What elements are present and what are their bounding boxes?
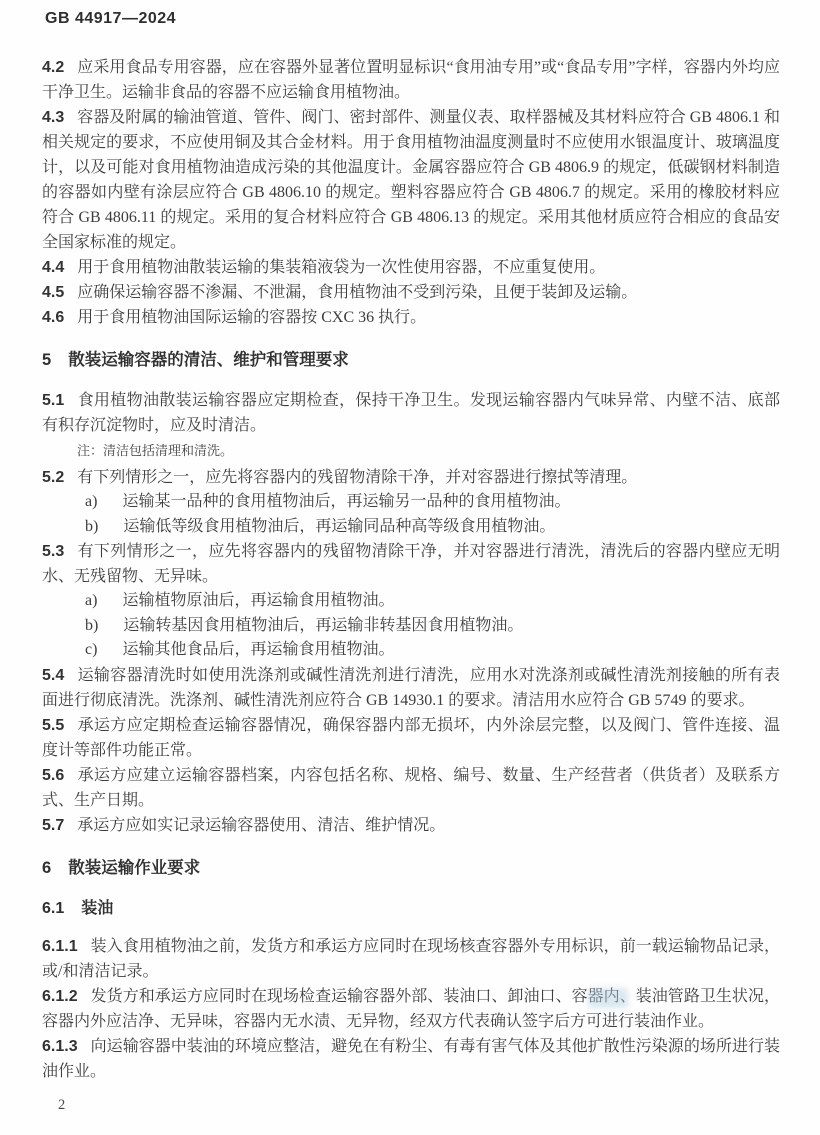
- clause-5.1: 5.1食用植物油散装运输容器应定期检查，保持干净卫生。发现运输容器内气味异常、内…: [42, 388, 780, 438]
- clause-text: 有下列情形之一，应先将容器内的残留物清除干净，并对容器进行擦拭等清理。: [77, 469, 637, 486]
- clause-4.3: 4.3容器及附属的输油管道、管件、阀门、密封部件、测量仪表、取样器械及其材料应符…: [42, 105, 780, 255]
- scan-artifact-smudge: [588, 988, 628, 1008]
- clause-text: 食用植物油散装运输容器应定期检查，保持干净卫生。发现运输容器内气味异常、内壁不洁…: [42, 392, 780, 434]
- list-item-text: 运输低等级食用植物油后，再运输同品种高等级食用植物油。: [123, 518, 555, 535]
- clause-number: 6.1.2: [42, 988, 78, 1005]
- page-number: 2: [58, 1097, 65, 1114]
- list-item-label: a): [85, 592, 97, 609]
- clause-number: 5.2: [42, 469, 64, 486]
- list-item-text: 运输其他食品后，再运输食用植物油。: [122, 641, 394, 658]
- clause-text: 用于食用植物油国际运输的容器按 CXC 36 执行。: [77, 309, 426, 326]
- list-item-b: b)运输转基因食用植物油后，再运输非转基因食用植物油。: [42, 614, 780, 639]
- clause-6.1.3: 6.1.3向运输容器中装油的环境应整洁，避免在有粉尘、有毒有害气体及其他扩散性污…: [42, 1034, 780, 1084]
- clause-number: 6.1.3: [42, 1038, 78, 1055]
- list-item-label: b): [85, 617, 98, 634]
- clause-text: 应确保运输容器不渗漏、不泄漏，食用植物油不受到污染，且便于装卸及运输。: [77, 284, 637, 301]
- list-item-a: a)运输某一品种的食用植物油后，再运输另一品种的食用植物油。: [42, 490, 780, 515]
- section-heading-6: 6散装运输作业要求: [42, 856, 780, 881]
- clause-4.5: 4.5应确保运输容器不渗漏、不泄漏，食用植物油不受到污染，且便于装卸及运输。: [42, 280, 780, 305]
- clause-number: 4.2: [42, 59, 64, 76]
- clause-text: 应采用食品专用容器，应在容器外显著位置明显标识“食用油专用”或“食品专用”字样，…: [42, 59, 780, 101]
- list-item-c: c)运输其他食品后，再运输食用植物油。: [42, 638, 780, 663]
- clause-number: 4.5: [42, 284, 64, 301]
- document-content: 4.2应采用食品专用容器，应在容器外显著位置明显标识“食用油专用”或“食品专用”…: [42, 55, 780, 1084]
- clause-text: 向运输容器中装油的环境应整洁，避免在有粉尘、有毒有害气体及其他扩散性污染源的场所…: [42, 1038, 780, 1080]
- clause-text: 有下列情形之一，应先将容器内的残留物清除干净，并对容器进行清洗，清洗后的容器内壁…: [42, 543, 780, 585]
- clause-number: 4.3: [42, 109, 64, 126]
- list-item-label: c): [85, 641, 97, 658]
- clause-5.3: 5.3有下列情形之一，应先将容器内的残留物清除干净，并对容器进行清洗，清洗后的容…: [42, 539, 780, 589]
- clause-text: 容器及附属的输油管道、管件、阀门、密封部件、测量仪表、取样器械及其材料应符合 G…: [42, 109, 780, 251]
- clause-text: 承运方应定期检查运输容器情况，确保容器内部无损坏，内外涂层完整，以及阀门、管件连…: [42, 717, 780, 759]
- clause-5.5: 5.5承运方应定期检查运输容器情况，确保容器内部无损坏，内外涂层完整，以及阀门、…: [42, 713, 780, 763]
- section-heading-5: 5散装运输容器的清洁、维护和管理要求: [42, 348, 780, 373]
- note-text: 注：清洁包括清理和清洗。: [77, 443, 233, 458]
- list-item-b: b)运输低等级食用植物油后，再运输同品种高等级食用植物油。: [42, 515, 780, 540]
- clause-number: 5.1: [42, 392, 64, 409]
- clause-number: 5.4: [42, 667, 64, 684]
- clause-number: 6.1.1: [42, 938, 78, 955]
- clause-text: 承运方应如实记录运输容器使用、清洁、维护情况。: [77, 817, 445, 834]
- list-item-text: 运输某一品种的食用植物油后，再运输另一品种的食用植物油。: [122, 493, 570, 510]
- clause-text: 散装运输容器的清洁、维护和管理要求: [68, 351, 349, 369]
- clause-number: 5: [42, 351, 51, 369]
- note: 注：清洁包括清理和清洗。: [42, 440, 780, 461]
- standard-number-header: GB 44917—2024: [45, 10, 176, 28]
- document-page: GB 44917—2024 4.2应采用食品专用容器，应在容器外显著位置明显标识…: [0, 0, 820, 1135]
- clause-text: 散装运输作业要求: [68, 859, 200, 877]
- clause-number: 6.1: [42, 900, 64, 917]
- clause-number: 5.7: [42, 817, 64, 834]
- clause-text: 装入食用植物油之前，发货方和承运方应同时在现场核查容器外专用标识，前一载运输物品…: [42, 938, 780, 980]
- clause-5.7: 5.7承运方应如实记录运输容器使用、清洁、维护情况。: [42, 813, 780, 838]
- clause-number: 5.5: [42, 717, 64, 734]
- clause-text: 发货方和承运方应同时在现场检查运输容器外部、装油口、卸油口、容器内、装油管路卫生…: [42, 988, 780, 1030]
- clause-4.2: 4.2应采用食品专用容器，应在容器外显著位置明显标识“食用油专用”或“食品专用”…: [42, 55, 780, 105]
- clause-text: 用于食用植物油散装运输的集装箱液袋为一次性使用容器，不应重复使用。: [77, 259, 605, 276]
- list-item-label: a): [85, 493, 97, 510]
- list-item-label: b): [85, 518, 98, 535]
- clause-5.6: 5.6承运方应建立运输容器档案，内容包括名称、规格、编号、数量、生产经营者（供货…: [42, 763, 780, 813]
- list-item-a: a)运输植物原油后，再运输食用植物油。: [42, 589, 780, 614]
- clause-number: 6: [42, 859, 51, 877]
- clause-number: 5.3: [42, 543, 64, 560]
- clause-4.6: 4.6用于食用植物油国际运输的容器按 CXC 36 执行。: [42, 305, 780, 330]
- clause-4.4: 4.4用于食用植物油散装运输的集装箱液袋为一次性使用容器，不应重复使用。: [42, 255, 780, 280]
- section-heading-6.1: 6.1装油: [42, 896, 780, 921]
- clause-text: 运输容器清洗时如使用洗涤剂或碱性清洗剂进行清洗，应用水对洗涤剂或碱性清洗剂接触的…: [42, 667, 780, 709]
- clause-number: 4.4: [42, 259, 64, 276]
- clause-5.2: 5.2有下列情形之一，应先将容器内的残留物清除干净，并对容器进行擦拭等清理。: [42, 465, 780, 490]
- clause-6.1.1: 6.1.1装入食用植物油之前，发货方和承运方应同时在现场核查容器外专用标识，前一…: [42, 934, 780, 984]
- list-item-text: 运输转基因食用植物油后，再运输非转基因食用植物油。: [123, 617, 523, 634]
- clause-6.1.2: 6.1.2发货方和承运方应同时在现场检查运输容器外部、装油口、卸油口、容器内、装…: [42, 984, 780, 1034]
- clause-text: 承运方应建立运输容器档案，内容包括名称、规格、编号、数量、生产经营者（供货者）及…: [42, 767, 780, 809]
- clause-number: 5.6: [42, 767, 64, 784]
- clause-text: 装油: [81, 900, 113, 917]
- list-item-text: 运输植物原油后，再运输食用植物油。: [122, 592, 394, 609]
- clause-number: 4.6: [42, 309, 64, 326]
- clause-5.4: 5.4运输容器清洗时如使用洗涤剂或碱性清洗剂进行清洗，应用水对洗涤剂或碱性清洗剂…: [42, 663, 780, 713]
